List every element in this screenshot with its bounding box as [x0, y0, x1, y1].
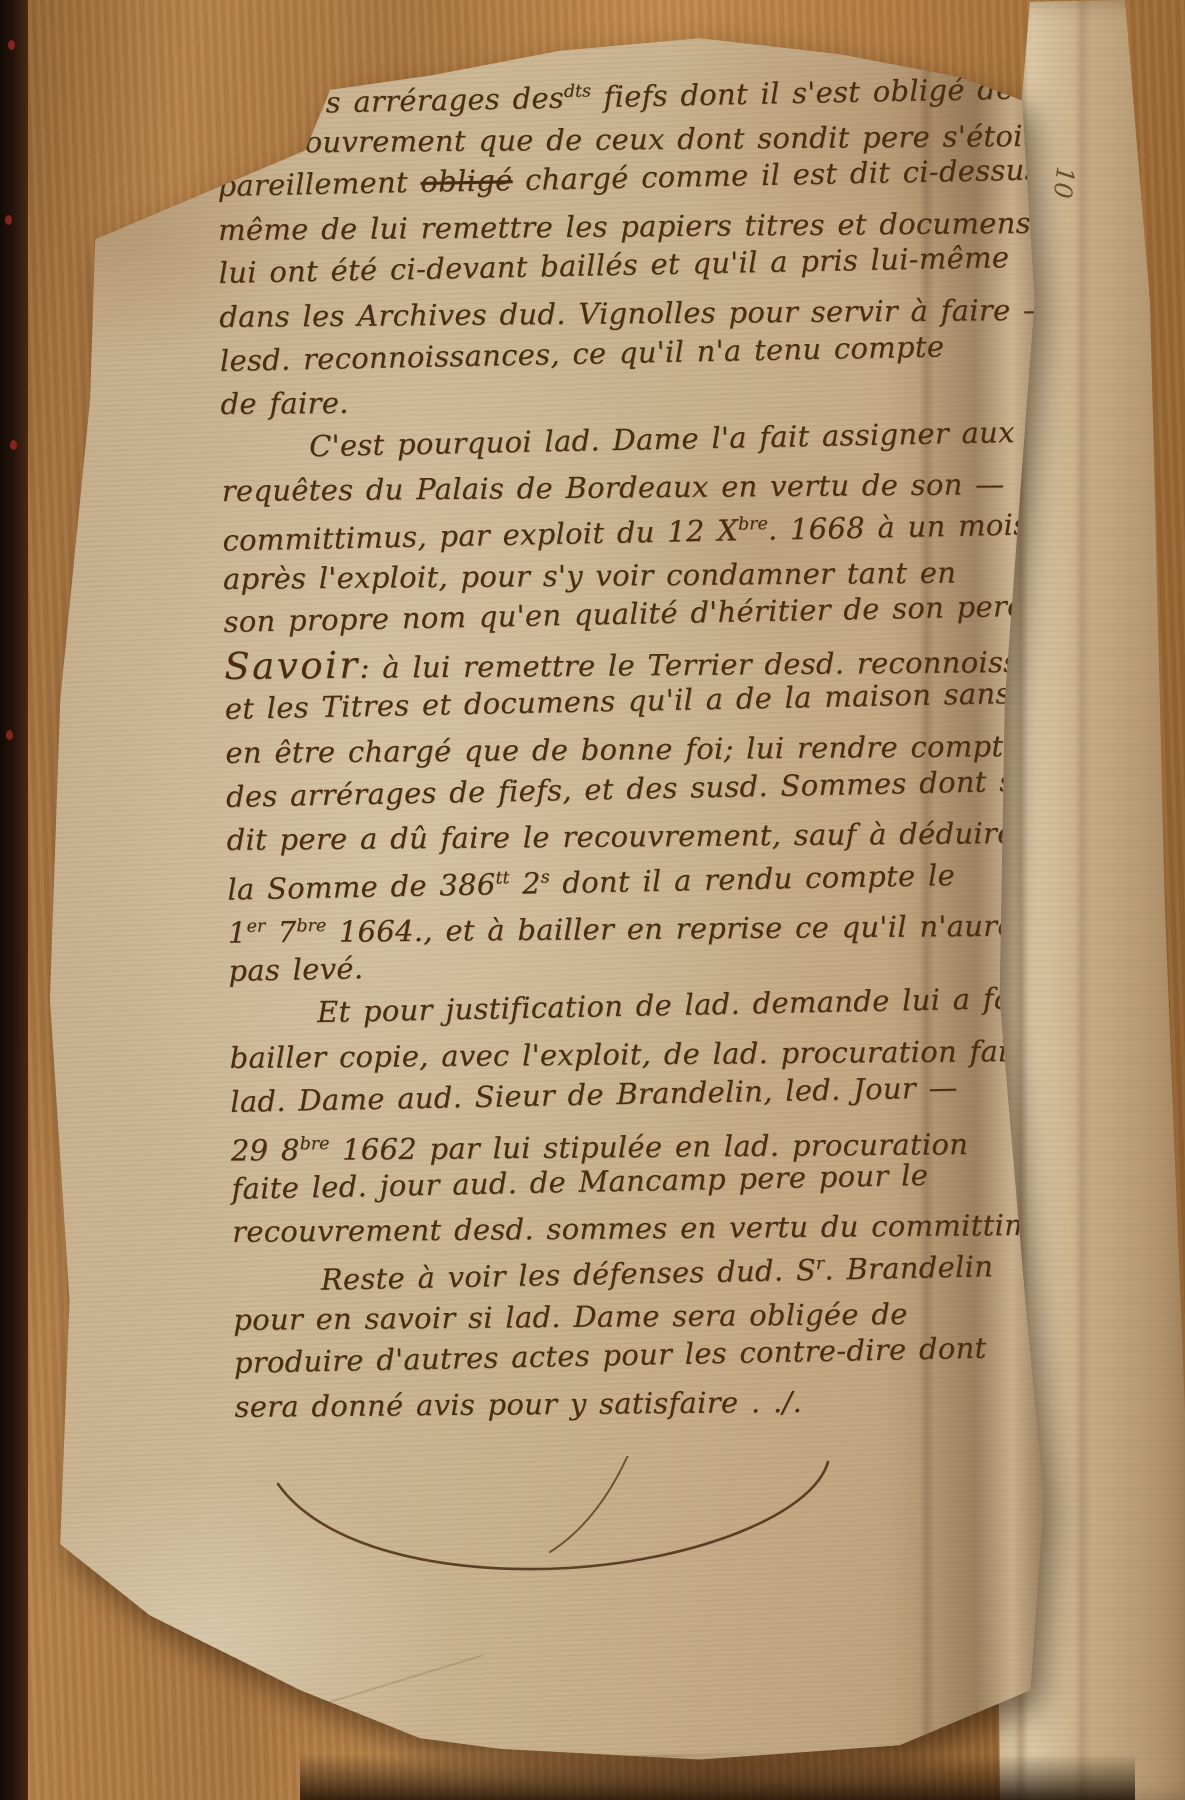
text-segment: . 1668 à un mois: [768, 507, 1029, 546]
struck-word: obligé: [420, 163, 513, 199]
text-segment: faite led. jour aud. de Mancamp pere pou…: [231, 1158, 928, 1206]
text-segment: 29 8: [231, 1133, 300, 1168]
text-segment: er: [247, 917, 266, 937]
paragraph: C'est pourquoi lad. Dame l'a fait assign…: [221, 415, 1041, 993]
text-segment: tant des arrérages des: [216, 81, 564, 122]
folio-number: 10: [1048, 165, 1081, 200]
text-segment: chargé comme il est dit ci-dessus: [512, 153, 1040, 198]
text-segment: sera donné avis pour y satisfaire . ./.: [234, 1385, 802, 1424]
text-segment: 7: [265, 915, 297, 949]
text-line: sera donné avis pour y satisfaire . ./.: [234, 1379, 1046, 1430]
text-segment: . Brandelin: [824, 1249, 993, 1286]
text-segment: Reste à voir les défenses dud. S: [320, 1253, 816, 1297]
manuscript-page: tant des arrérages desdts fiefs dont il …: [18, 8, 1048, 1788]
red-edge-fleck: [5, 215, 12, 225]
red-edge-fleck: [10, 440, 17, 450]
text-segment: Savoir: [224, 643, 360, 687]
text-segment: bre: [296, 916, 326, 936]
text-segment: dts: [564, 81, 591, 102]
flourish-swash: [268, 1456, 908, 1586]
text-segment: fiefs dont il s'est obligé de faire: [591, 70, 1097, 114]
red-edge-fleck: [8, 40, 15, 50]
text-segment: la Somme de 386: [227, 867, 496, 906]
text-segment: 2: [509, 866, 541, 901]
text-segment: s: [541, 867, 550, 887]
text-segment: bre: [738, 514, 768, 535]
bottom-shadow: [300, 1754, 1135, 1800]
text-segment: tt: [495, 868, 509, 888]
paragraph: tant des arrérages desdts fiefs dont il …: [216, 67, 1033, 427]
text-segment: committimus, par exploit du 12 X: [222, 513, 738, 557]
text-line: tant des arrérages desdts fiefs dont il …: [216, 62, 1029, 122]
red-edge-fleck: [6, 730, 13, 740]
text-segment: 1: [228, 916, 247, 950]
text-segment: pas levé.: [228, 951, 364, 988]
text-segment: pareillement: [217, 165, 421, 203]
text-segment: bre: [300, 1134, 330, 1154]
text-segment: dont il a rendu compte le: [549, 858, 955, 900]
handwritten-text: tant des arrérages desdts fiefs dont il …: [216, 67, 1047, 1430]
paper-sheet: tant des arrérages desdts fiefs dont il …: [18, 8, 1048, 1788]
paragraph: Et pour justification de lad. demande lu…: [229, 982, 1045, 1255]
text-segment: de faire.: [220, 386, 348, 421]
paragraph: Reste à voir les défenses dud. Sr. Brand…: [232, 1244, 1046, 1430]
text-segment: Et pour justification de lad. demande lu…: [317, 981, 1034, 1029]
